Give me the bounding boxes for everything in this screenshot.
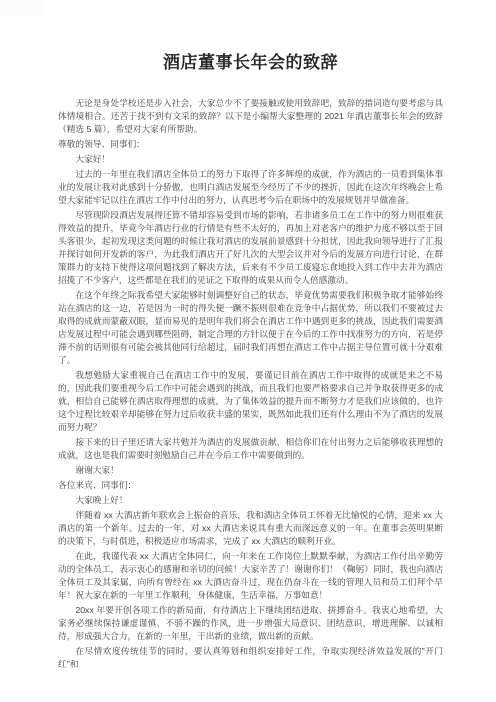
speech1-closing: 谢谢大家！ bbox=[58, 464, 443, 477]
salutation-leaders-colleagues: 尊敬的领导、同事们： bbox=[58, 138, 443, 151]
document-page: 酒店董事长年会的致辞 无论是身处学校还是步入社会，大家总少不了要接触或使用致辞吧… bbox=[0, 0, 496, 702]
salutation-guests-colleagues: 各位来宾、同事们： bbox=[58, 479, 443, 492]
speech1-paragraph: 在这个年终之际我希望大家能够时刻调整好自己的状态，毕竟优势需要我们积极争取才能够… bbox=[58, 289, 443, 367]
speech2-paragraph: 在此，我谨代表 xx 大酒店全体同仁，向一年来在工作岗位上默默奉献，为酒店工作付… bbox=[58, 550, 443, 602]
speech1-paragraph: 尽管现阶段酒店发展得还算不错却容易受到市场的影响，若非诸多员工在工作中的努力则很… bbox=[58, 209, 443, 287]
intro-paragraph: 无论是身处学校还是步入社会，大家总少不了要接触或使用致辞吧，致辞的措词造句要考虑… bbox=[58, 97, 443, 136]
speech2-paragraph: 伴随着 xx 大酒店新年联欢会上振奋的音乐，我和酒店全体员工怀着无比愉悦的心情，… bbox=[58, 509, 443, 548]
document-body: 酒店董事长年会的致辞 无论是身处学校还是步入社会，大家总少不了要接触或使用致辞吧… bbox=[58, 50, 443, 673]
speech1-paragraph: 接下来的日子里还请大家共勉并为酒店的发展做贡献，相信你们在付出努力之后能够收获理… bbox=[58, 436, 443, 462]
speech1-paragraph: 我想勉励大家重视自己在酒店工作中的发展，要谨记目前在酒店工作中取得的成就是来之不… bbox=[58, 369, 443, 434]
corner-highlight bbox=[0, 0, 46, 16]
speech2-paragraph-truncated: 在尽情欢度传统佳节的同时，要认真筹划和组织安排好工作，争取实现经济效益发展的"开… bbox=[58, 645, 443, 671]
speech1-paragraph: 大家好！ bbox=[58, 153, 443, 166]
speech2-paragraph: 大家晚上好！ bbox=[58, 494, 443, 507]
page-title: 酒店董事长年会的致辞 bbox=[58, 50, 443, 76]
speech2-paragraph: 20xx 年要开创各项工作的新局面，有待酒店上下继续团结进取、拼搏奋斗。我衷心地… bbox=[58, 604, 443, 643]
speech1-paragraph: 过去的一年里在我们酒店全体员工的努力下取得了许多辉煌的成就，作为酒店的一员看到集… bbox=[58, 168, 443, 207]
